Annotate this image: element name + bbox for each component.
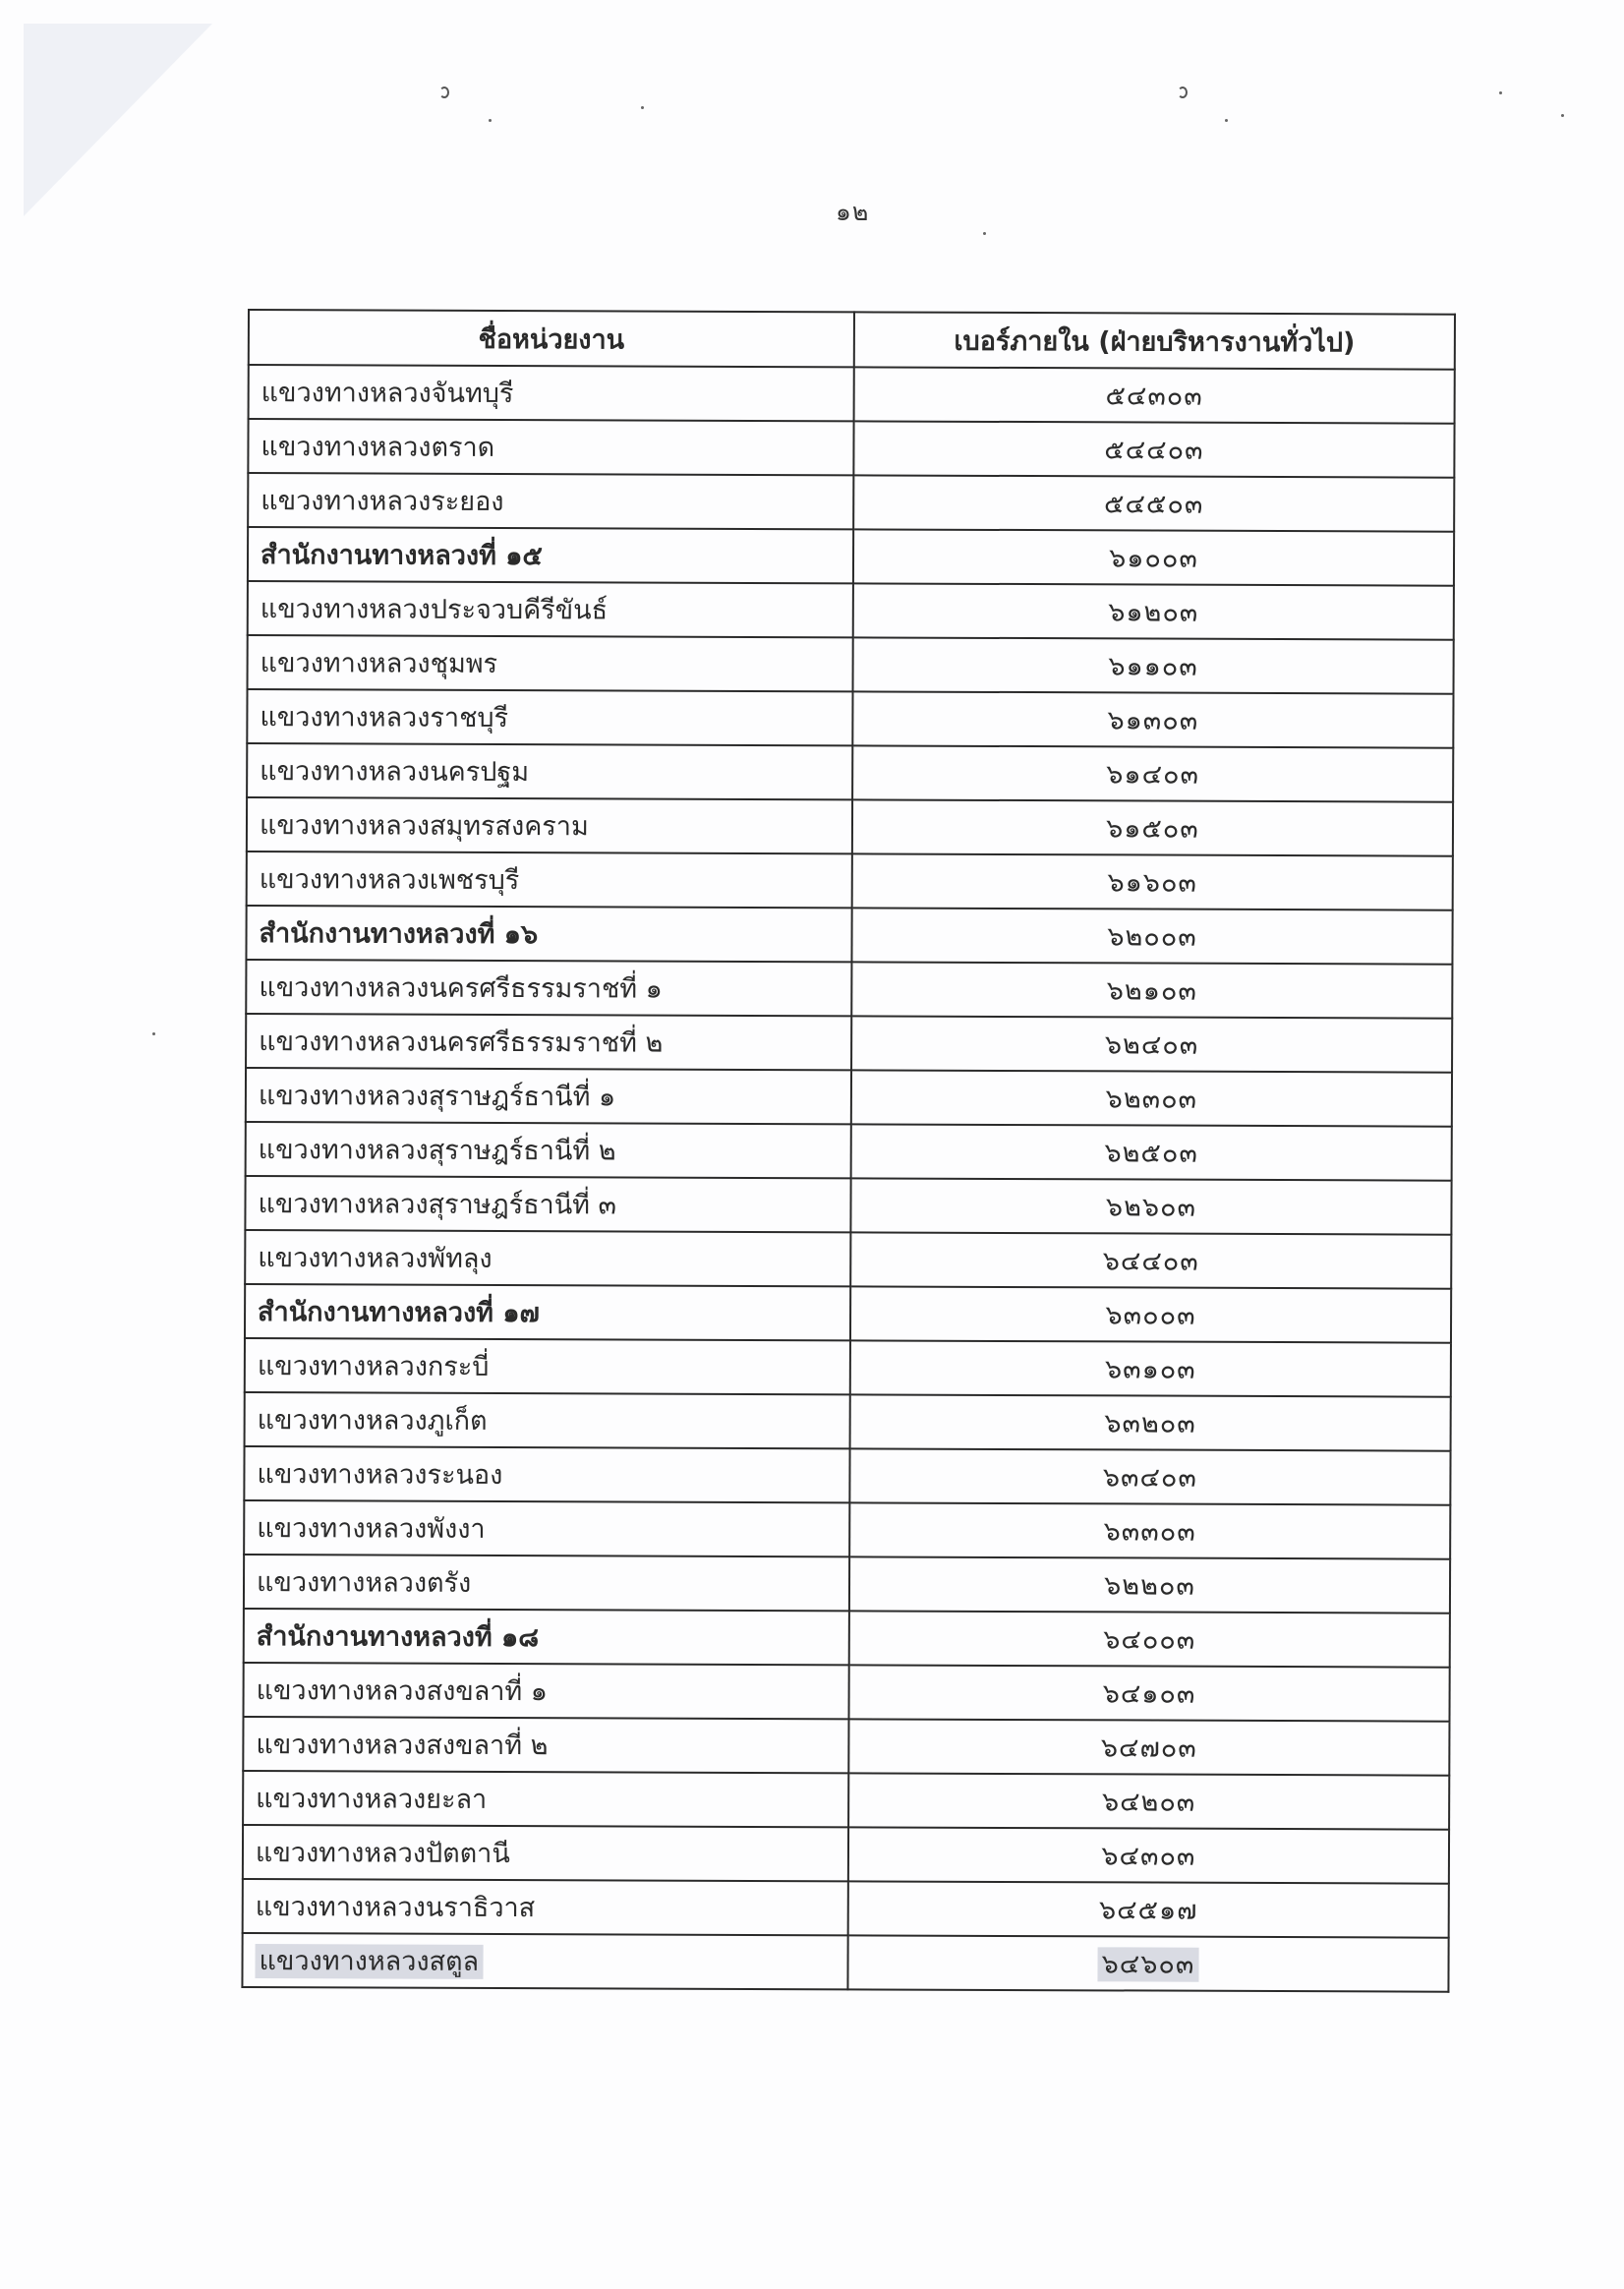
scan-mark [1178, 87, 1188, 98]
unit-name-cell: แขวงทางหลวงชุมพร [248, 635, 853, 691]
unit-name-cell: แขวงทางหลวงราชบุรี [247, 689, 852, 745]
unit-name: แขวงทางหลวงสงขลาที่ ๑ [257, 1675, 549, 1707]
scan-mark [439, 87, 449, 98]
table-header-row: ชื่อหน่วยงาน เบอร์ภายใน (ฝ่ายบริหารงานทั… [249, 310, 1455, 370]
unit-name-cell: สำนักงานทางหลวงที่ ๑๗ [245, 1284, 850, 1340]
extension-cell: ๕๔๕๐๓ [853, 475, 1454, 531]
unit-name: แขวงทางหลวงพัทลุง [258, 1243, 492, 1274]
unit-name-cell: แขวงทางหลวงระยอง [248, 473, 853, 529]
unit-name: แขวงทางหลวงกระบี่ [258, 1351, 490, 1382]
table-row: แขวงทางหลวงนครศรีธรรมราชที่ ๒๖๒๔๐๓ [246, 1014, 1452, 1073]
unit-name: แขวงทางหลวงระยอง [261, 486, 503, 517]
extension-number: ๖๔๐๐๓ [1103, 1624, 1195, 1655]
unit-name-cell: สำนักงานทางหลวงที่ ๑๘ [244, 1609, 849, 1665]
unit-name-cell: แขวงทางหลวงสมุทรสงคราม [247, 797, 852, 853]
unit-name: สำนักงานทางหลวงที่ ๑๖ [260, 918, 539, 950]
unit-name: แขวงทางหลวงพังงา [257, 1513, 485, 1545]
table-row: แขวงทางหลวงนครศรีธรรมราชที่ ๑๖๒๑๐๓ [246, 960, 1452, 1019]
unit-name-cell: แขวงทางหลวงสงขลาที่ ๑ [244, 1663, 849, 1719]
extension-cell: ๖๒๒๐๓ [849, 1556, 1450, 1613]
table-row: แขวงทางหลวงเพชรบุรี๖๑๖๐๓ [247, 851, 1453, 910]
extension-number: ๖๓๔๐๓ [1103, 1462, 1197, 1493]
extension-number: ๕๔๓๐๓ [1105, 381, 1202, 411]
unit-name-cell: แขวงทางหลวงนครศรีธรรมราชที่ ๒ [246, 1014, 851, 1070]
extension-number: ๖๓๐๐๓ [1105, 1300, 1195, 1330]
unit-name-cell: แขวงทางหลวงพัทลุง [245, 1230, 850, 1286]
extension-cell: ๖๑๐๐๓ [853, 529, 1454, 585]
extension-cell: ๖๒๕๐๓ [851, 1124, 1452, 1180]
unit-name-cell: แขวงทางหลวงสุราษฎร์ธานีที่ ๓ [245, 1176, 850, 1232]
unit-name-cell: แขวงทางหลวงสุราษฎร์ธานีที่ ๒ [246, 1122, 851, 1178]
unit-name: แขวงทางหลวงตราด [261, 432, 494, 463]
extension-number: ๖๓๓๐๓ [1104, 1516, 1196, 1547]
header-internal-extension: เบอร์ภายใน (ฝ่ายบริหารงานทั่วไป) [854, 312, 1455, 369]
table-row: แขวงทางหลวงนครปฐม๖๑๔๐๓ [247, 743, 1453, 802]
table-row: แขวงทางหลวงภูเก็ต๖๓๒๐๓ [245, 1392, 1451, 1451]
extension-directory-table: ชื่อหน่วยงาน เบอร์ภายใน (ฝ่ายบริหารงานทั… [241, 309, 1456, 1993]
extension-cell: ๖๔๗๐๓ [848, 1719, 1449, 1775]
table-row: แขวงทางหลวงระนอง๖๓๔๐๓ [244, 1446, 1450, 1505]
unit-name-cell: แขวงทางหลวงภูเก็ต [245, 1392, 850, 1448]
extension-number: ๖๑๓๐๓ [1107, 705, 1198, 735]
extension-cell: ๖๓๒๐๓ [850, 1394, 1451, 1450]
extension-number: ๖๔๒๐๓ [1102, 1787, 1195, 1817]
extension-cell: ๕๔๔๐๓ [853, 421, 1454, 477]
extension-cell: ๖๔๐๐๓ [849, 1611, 1450, 1667]
table-row: แขวงทางหลวงกระบี่๖๓๑๐๓ [245, 1338, 1451, 1397]
unit-name-cell: แขวงทางหลวงตราด [248, 419, 853, 475]
extension-number: ๖๔๖๐๓ [1098, 1947, 1199, 1981]
table-row: แขวงทางหลวงพัทลุง๖๔๔๐๓ [245, 1230, 1451, 1289]
unit-name-cell: แขวงทางหลวงตรัง [244, 1555, 849, 1611]
unit-name: แขวงทางหลวงสุราษฎร์ธานีที่ ๒ [259, 1135, 616, 1166]
extension-cell: ๖๒๐๐๓ [851, 908, 1452, 964]
unit-name: แขวงทางหลวงปัตตานี [256, 1838, 510, 1869]
scan-speck [489, 119, 492, 122]
unit-name-cell: สำนักงานทางหลวงที่ ๑๖ [246, 906, 851, 962]
unit-name-cell: สำนักงานทางหลวงที่ ๑๕ [248, 527, 853, 583]
extension-cell: ๖๓๑๐๓ [850, 1340, 1451, 1396]
table-row: แขวงทางหลวงประจวบคีรีขันธ์๖๑๒๐๓ [248, 581, 1454, 640]
extension-number: ๖๒๒๐๓ [1104, 1570, 1195, 1601]
extension-number: ๖๑๕๐๓ [1106, 813, 1199, 844]
unit-name-cell: แขวงทางหลวงนครศรีธรรมราชที่ ๑ [246, 960, 851, 1016]
unit-name: แขวงทางหลวงสงขลาที่ ๒ [256, 1730, 548, 1761]
extension-number: ๖๔๗๐๓ [1101, 1732, 1197, 1763]
extension-cell: ๖๔๕๑๗ [848, 1881, 1449, 1937]
extension-number: ๖๓๑๐๓ [1105, 1354, 1196, 1384]
extension-cell: ๖๔๑๐๓ [848, 1665, 1449, 1721]
scan-speck [1561, 114, 1564, 117]
table-body: แขวงทางหลวงจันทบุรี๕๔๓๐๓แขวงทางหลวงตราด๕… [242, 365, 1454, 1992]
unit-name: แขวงทางหลวงนราธิวาส [256, 1892, 536, 1923]
table-row: สำนักงานทางหลวงที่ ๑๘๖๔๐๐๓ [244, 1609, 1450, 1668]
extension-number: ๖๔๕๑๗ [1099, 1895, 1198, 1925]
table-row: สำนักงานทางหลวงที่ ๑๗๖๓๐๐๓ [245, 1284, 1451, 1343]
unit-name-cell: แขวงทางหลวงนราธิวาส [243, 1879, 848, 1935]
unit-name: แขวงทางหลวงตรัง [257, 1567, 471, 1599]
table-row: แขวงทางหลวงระยอง๕๔๕๐๓ [248, 473, 1454, 532]
scan-speck [152, 1032, 155, 1035]
scan-speck [1499, 91, 1502, 94]
unit-name-cell: แขวงทางหลวงปัตตานี [243, 1825, 848, 1881]
extension-number: ๖๔๔๐๓ [1103, 1246, 1199, 1276]
unit-name-cell: แขวงทางหลวงระนอง [244, 1446, 849, 1502]
table-row: แขวงทางหลวงสุราษฎร์ธานีที่ ๓๖๒๖๐๓ [245, 1176, 1451, 1235]
extension-cell: ๖๓๓๐๓ [849, 1502, 1450, 1558]
table-row: แขวงทางหลวงสุราษฎร์ธานีที่ ๒๖๒๕๐๓ [246, 1122, 1452, 1181]
extension-cell: ๖๔๒๐๓ [848, 1773, 1449, 1829]
unit-name: แขวงทางหลวงนครปฐม [260, 756, 529, 788]
extension-number: ๖๒๑๐๓ [1107, 975, 1197, 1006]
table-row: แขวงทางหลวงจันทบุรี๕๔๓๐๓ [249, 365, 1455, 424]
unit-name: สำนักงานทางหลวงที่ ๑๗ [258, 1297, 540, 1328]
unit-name-cell: แขวงทางหลวงสงขลาที่ ๒ [243, 1717, 848, 1773]
extension-number: ๕๔๕๐๓ [1104, 489, 1203, 519]
table-row: แขวงทางหลวงสงขลาที่ ๑๖๔๑๐๓ [244, 1663, 1450, 1722]
unit-name: แขวงทางหลวงระนอง [257, 1459, 502, 1491]
table-row: แขวงทางหลวงสตูล๖๔๖๐๓ [242, 1933, 1448, 1992]
unit-name: แขวงทางหลวงสตูล [255, 1944, 483, 1979]
table-row: แขวงทางหลวงตรัง๖๒๒๐๓ [244, 1555, 1450, 1614]
table-row: แขวงทางหลวงตราด๕๔๔๐๓ [248, 419, 1454, 478]
unit-name-cell: แขวงทางหลวงนครปฐม [247, 743, 852, 799]
extension-number: ๖๑๑๐๓ [1108, 651, 1197, 681]
extension-number: ๖๑๐๐๓ [1109, 543, 1198, 573]
extension-cell: ๖๒๔๐๓ [851, 1016, 1452, 1072]
extension-number: ๖๔๑๐๓ [1103, 1678, 1196, 1709]
unit-name: แขวงทางหลวงนครศรีธรรมราชที่ ๒ [259, 1027, 663, 1059]
extension-cell: ๖๑๓๐๓ [852, 691, 1453, 747]
unit-name: แขวงทางหลวงจันทบุรี [261, 378, 514, 409]
scan-speck [983, 232, 986, 235]
extension-cell: ๖๑๕๐๓ [852, 799, 1453, 855]
table-row: แขวงทางหลวงราชบุรี๖๑๓๐๓ [247, 689, 1453, 748]
extension-number: ๖๒๖๐๓ [1106, 1192, 1196, 1222]
unit-name: สำนักงานทางหลวงที่ ๑๘ [257, 1621, 539, 1653]
extension-number: ๕๔๔๐๓ [1104, 435, 1203, 465]
extension-number: ๖๒๓๐๓ [1106, 1084, 1197, 1114]
extension-cell: ๖๒๑๐๓ [851, 962, 1452, 1018]
table-row: แขวงทางหลวงนราธิวาส๖๔๕๑๗ [243, 1879, 1449, 1938]
extension-number: ๖๓๒๐๓ [1104, 1408, 1195, 1438]
unit-name: แขวงทางหลวงยะลา [256, 1784, 487, 1815]
unit-name-cell: แขวงทางหลวงยะลา [243, 1771, 848, 1827]
unit-name-cell: แขวงทางหลวงกระบี่ [245, 1338, 850, 1394]
extension-number: ๖๑๒๐๓ [1108, 597, 1198, 627]
table-row: แขวงทางหลวงสมุทรสงคราม๖๑๕๐๓ [247, 797, 1453, 856]
extension-cell: ๖๔๔๐๓ [850, 1232, 1451, 1288]
header-unit-name: ชื่อหน่วยงาน [249, 310, 854, 367]
unit-name-cell: แขวงทางหลวงประจวบคีรีขันธ์ [248, 581, 853, 637]
scan-fold-shadow [24, 24, 212, 216]
page-number: ๑๒ [836, 193, 869, 232]
extension-number: ๖๒๕๐๓ [1104, 1138, 1197, 1168]
extension-number: ๖๑๔๐๓ [1106, 759, 1199, 790]
extension-cell: ๖๒๖๐๓ [850, 1178, 1451, 1234]
unit-name-cell: แขวงทางหลวงเพชรบุรี [247, 851, 852, 908]
unit-name: แขวงทางหลวงเพชรบุรี [260, 864, 520, 896]
extension-number: ๖๔๓๐๓ [1101, 1841, 1195, 1871]
scan-speck [641, 106, 644, 109]
extension-cell: ๖๓๐๐๓ [850, 1286, 1451, 1342]
unit-name: สำนักงานทางหลวงที่ ๑๕ [261, 540, 543, 571]
extension-cell: ๖๔๓๐๓ [848, 1827, 1449, 1883]
extension-number: ๖๒๔๐๓ [1105, 1029, 1198, 1060]
extension-cell: ๖๔๖๐๓ [847, 1935, 1448, 1991]
unit-name-cell: แขวงทางหลวงจันทบุรี [249, 365, 854, 421]
table-row: แขวงทางหลวงปัตตานี๖๔๓๐๓ [243, 1825, 1449, 1884]
table-row: แขวงทางหลวงยะลา๖๔๒๐๓ [243, 1771, 1449, 1830]
table-row: แขวงทางหลวงชุมพร๖๑๑๐๓ [248, 635, 1454, 694]
unit-name: แขวงทางหลวงสุราษฎร์ธานีที่ ๓ [258, 1189, 616, 1220]
unit-name: แขวงทางหลวงภูเก็ต [258, 1405, 488, 1437]
extension-cell: ๖๒๓๐๓ [851, 1070, 1452, 1126]
unit-name: แขวงทางหลวงสมุทรสงคราม [260, 810, 589, 842]
unit-name: แขวงทางหลวงราชบุรี [260, 702, 508, 734]
scan-speck [1225, 119, 1228, 122]
unit-name: แขวงทางหลวงชุมพร [261, 648, 498, 679]
unit-name-cell: แขวงทางหลวงพังงา [244, 1500, 849, 1556]
unit-name-cell: แขวงทางหลวงสุราษฎร์ธานีที่ ๑ [246, 1068, 851, 1124]
unit-name: แขวงทางหลวงสุราษฎร์ธานีที่ ๑ [259, 1081, 615, 1112]
extension-cell: ๕๔๓๐๓ [854, 367, 1455, 423]
unit-name-cell: แขวงทางหลวงสตูล [242, 1933, 847, 1989]
extension-number: ๖๒๐๐๓ [1107, 921, 1196, 952]
extension-number: ๖๑๖๐๓ [1108, 867, 1197, 898]
extension-cell: ๖๑๔๐๓ [852, 745, 1453, 801]
extension-cell: ๖๑๒๐๓ [853, 583, 1454, 639]
extension-cell: ๖๑๖๐๓ [852, 853, 1453, 910]
extension-cell: ๖๓๔๐๓ [849, 1448, 1450, 1504]
table-row: สำนักงานทางหลวงที่ ๑๖๖๒๐๐๓ [246, 906, 1452, 965]
table-row: แขวงทางหลวงสุราษฎร์ธานีที่ ๑๖๒๓๐๓ [246, 1068, 1452, 1127]
table-row: แขวงทางหลวงสงขลาที่ ๒๖๔๗๐๓ [243, 1717, 1449, 1776]
table-row: สำนักงานทางหลวงที่ ๑๕๖๑๐๐๓ [248, 527, 1454, 586]
extension-table: ชื่อหน่วยงาน เบอร์ภายใน (ฝ่ายบริหารงานทั… [241, 309, 1456, 1993]
table-row: แขวงทางหลวงพังงา๖๓๓๐๓ [244, 1500, 1450, 1559]
extension-cell: ๖๑๑๐๓ [852, 637, 1453, 693]
unit-name: แขวงทางหลวงนครศรีธรรมราชที่ ๑ [259, 972, 663, 1005]
unit-name: แขวงทางหลวงประจวบคีรีขันธ์ [261, 594, 608, 625]
